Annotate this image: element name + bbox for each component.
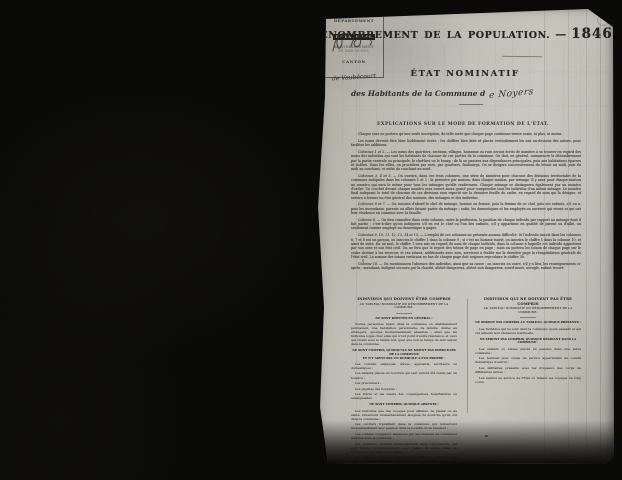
paragraph-text: On fera connaître dans cette colonne, ou… bbox=[351, 218, 581, 231]
scanned-census-photo: DÉPARTEMENT DE LA MEUSE ARRONDISSEMENT D… bbox=[0, 0, 622, 480]
right-list-item: Les militaires présents sous les drapeau… bbox=[475, 366, 581, 374]
subheading-line: ET N'Y AIENT PAS UN DOMICILE À EUX PROPR… bbox=[363, 356, 446, 360]
column-instruction-paragraph: Colonne 8. — On fera connaître dans cett… bbox=[351, 218, 581, 231]
left-section-heading: NE SONT COMPRIS, QUOIQU'ILS NE SOIENT PA… bbox=[351, 349, 457, 360]
page-title: DÉNOMBREMENT DE LA POPULATION. — 1846. bbox=[336, 26, 594, 42]
paragraph-text: L'emploi de ces colonnes ne présente auc… bbox=[351, 233, 581, 259]
commune-printed-text: des Habitants de la Commune d bbox=[351, 89, 485, 98]
divider-rule bbox=[396, 313, 412, 314]
explanations-body: Chaque case ne portera qu'une seule insc… bbox=[351, 132, 581, 273]
left-column-subheader: AU TABLEAU NOMINATIF DU DÉNOMBREMENT DE … bbox=[351, 303, 457, 311]
left-list-item: Les pupilles des hospices ; bbox=[351, 387, 457, 391]
right-list-item: Les enfants ou élèves placés en pension … bbox=[475, 347, 581, 355]
left-section-paragraph: Toutes personnes ayant dans la commune u… bbox=[351, 322, 457, 346]
paragraph-text: On mentionnera l'absence des individus, … bbox=[351, 262, 581, 270]
title-year: 1846. bbox=[571, 26, 618, 42]
paragraph-text: On ouvrira, dans ces trois colonnes, une… bbox=[351, 174, 581, 200]
right-column-header: INDIVIDUS QUI NE DOIVENT PAS ÊTRE COMPRI… bbox=[475, 297, 581, 306]
commune-handwritten-name: e Noyers bbox=[489, 87, 534, 101]
left-list-item: Les commis, employés, élèves, apprentis,… bbox=[351, 362, 457, 370]
commune-line: des Habitants de la Commune de Noyers bbox=[351, 89, 534, 99]
canton-label: CANTON bbox=[325, 59, 383, 64]
etat-nominatif-heading: ÉTAT NOMINATIF bbox=[336, 69, 594, 79]
left-list-item: Les individus que des voyages pour affai… bbox=[351, 409, 457, 421]
column-instruction-paragraph: Colonnes 1 et 2. — Les noms des quartier… bbox=[351, 150, 581, 172]
right-section-heading: NE SERONT PAS COMPRIS AU TABLEAU, QUOIQU… bbox=[475, 321, 581, 325]
intro-paragraph: Les noms devront être bien lisiblement é… bbox=[351, 139, 581, 148]
column-instruction-paragraph: Colonne 16. — On mentionnera l'absence d… bbox=[351, 262, 581, 271]
bottom-shadow bbox=[316, 420, 614, 464]
title-dash: — bbox=[555, 28, 566, 41]
paragraph-text: Les noms des quartiers, sections, villag… bbox=[351, 150, 581, 171]
right-list-item: Les marins au service de l'État ou faisa… bbox=[475, 376, 581, 384]
column-divider bbox=[467, 299, 468, 413]
arrondissement-value: DE BAR-LE-DUC bbox=[325, 49, 383, 53]
explanations-heading: EXPLICATIONS SUR LE MODE DE FORMATION DE… bbox=[336, 122, 590, 127]
column-instruction-paragraph: Colonnes 3, 4 et 5. — On ouvrira, dans c… bbox=[351, 174, 581, 200]
intro-paragraph: Chaque case ne portera qu'une seule insc… bbox=[351, 132, 581, 136]
left-list-item: Les prisonniers ; bbox=[351, 381, 457, 385]
page-edge-line bbox=[600, 7, 601, 464]
department-label: DÉPARTEMENT bbox=[325, 18, 383, 23]
right-column-subheader: AU TABLEAU NOMINATIF DU DÉNOMBREMENT DE … bbox=[475, 307, 581, 315]
right-section-heading: NE SERONT PAS COMPRIS, QUOIQUE RÉSIDANT … bbox=[475, 338, 581, 346]
left-column-header: INDIVIDUS QUI DOIVENT ÊTRE COMPRIS bbox=[351, 297, 457, 302]
census-page: DÉPARTEMENT DE LA MEUSE ARRONDISSEMENT D… bbox=[316, 7, 614, 464]
left-list-item: Les frères et les sœurs des congrégation… bbox=[351, 392, 457, 400]
column-instruction-paragraph: Colonnes 6 et 7. — On inscrira d'abord l… bbox=[351, 202, 581, 215]
inclusion-rules-columns: INDIVIDUS QUI DOIVENT ÊTRE COMPRIS AU TA… bbox=[351, 297, 581, 419]
excluded-individuals-column: INDIVIDUS QUI NE DOIVENT PAS ÊTRE COMPRI… bbox=[475, 297, 581, 385]
column-instruction-paragraph: Colonnes 9, 10, 11, 12, 13, 14 et 15. — … bbox=[351, 233, 581, 259]
left-section-heading: NE SONT RÉPUTÉS EN GÉNÉRAL : bbox=[351, 317, 457, 321]
left-list-item: Les enfants placés en nourrice qui leur … bbox=[351, 371, 457, 379]
left-section-heading: NE SONT COMPRIS, QUOIQUE ABSENTS : bbox=[351, 403, 457, 407]
right-list-item: Les femmes pour cause de service apparte… bbox=[475, 356, 581, 364]
separator-rule bbox=[459, 104, 483, 105]
divider-rule bbox=[520, 317, 536, 318]
right-section-paragraph: Les individus qui ne sont dans la commun… bbox=[475, 327, 581, 335]
title-text: DÉNOMBREMENT DE LA POPULATION. bbox=[312, 30, 551, 41]
